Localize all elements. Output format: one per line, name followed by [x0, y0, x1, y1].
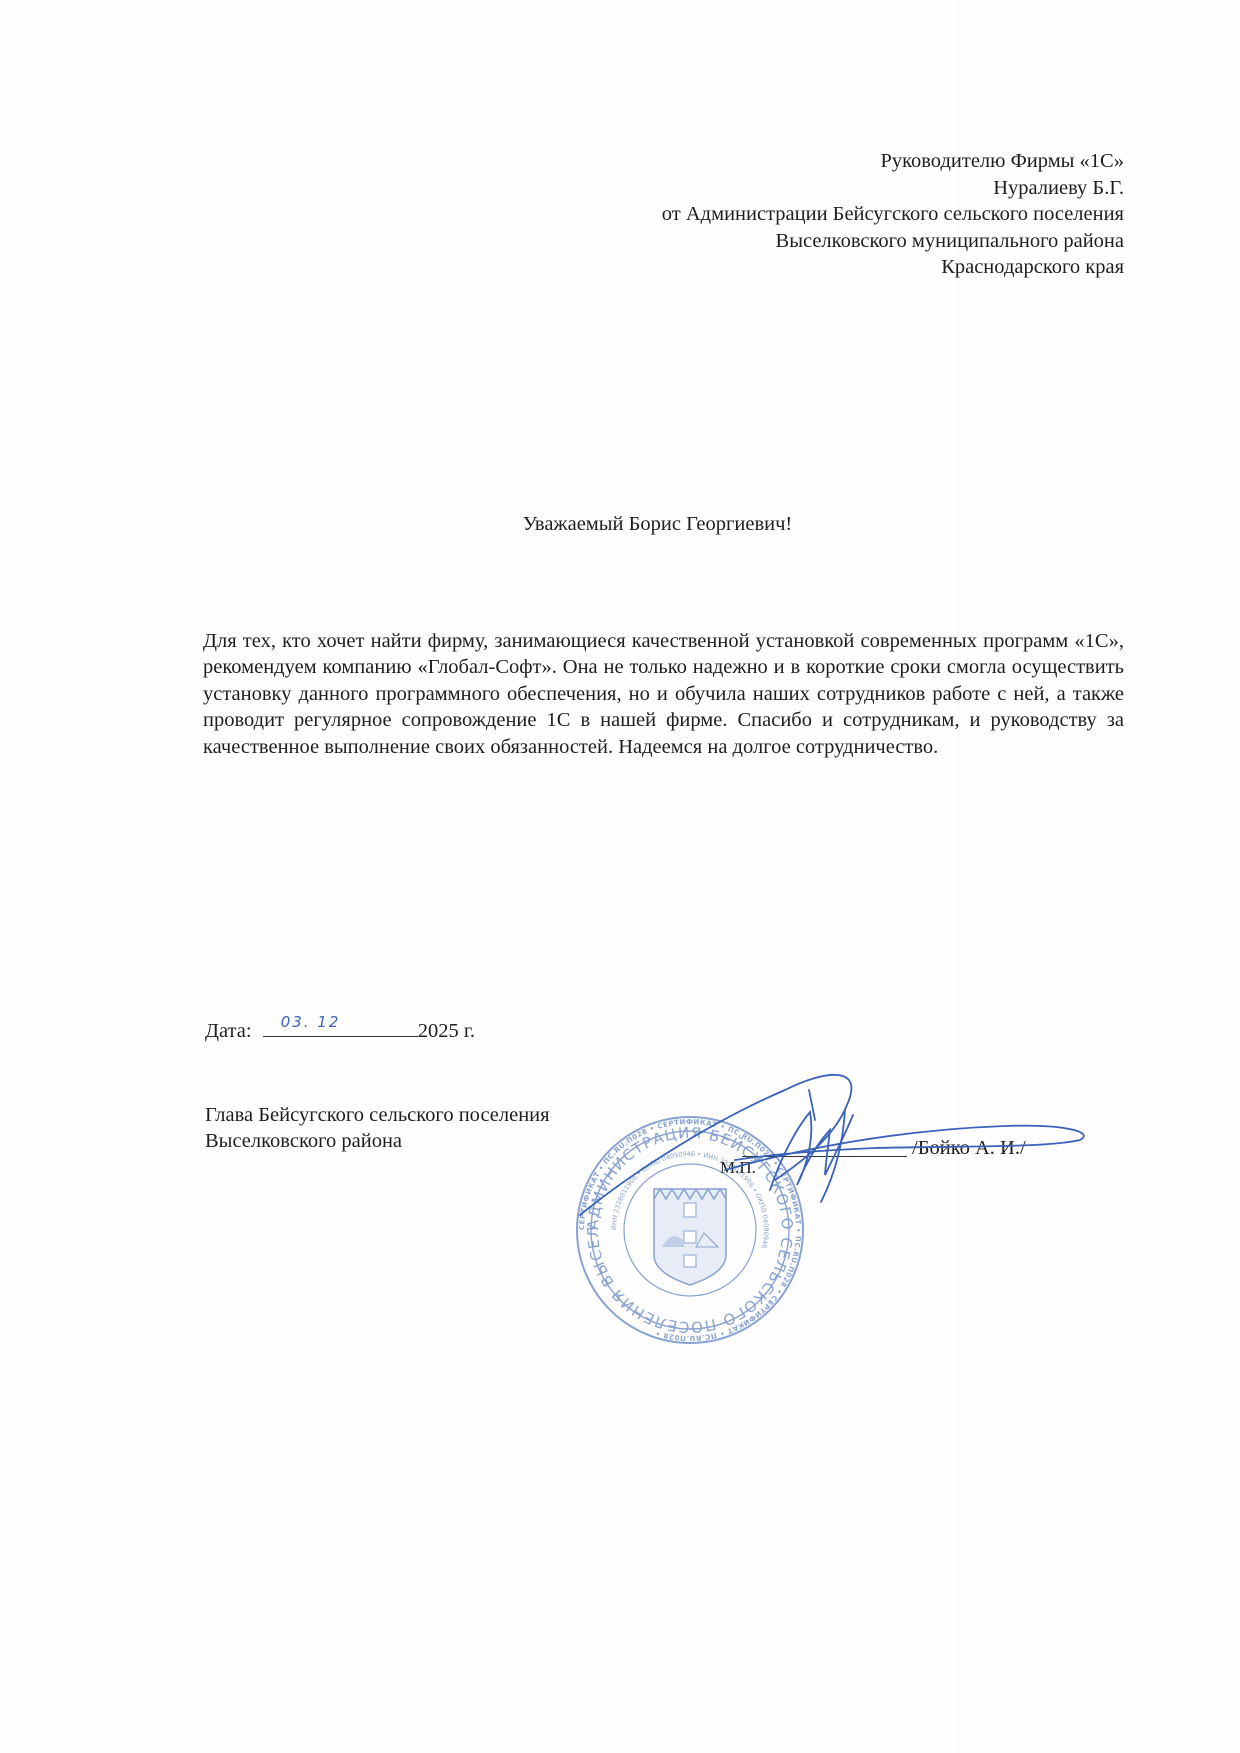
addressee-line: Руководителю Фирмы «1С» — [662, 148, 1124, 175]
signer-title-line: Глава Бейсугского сельского поселения — [205, 1102, 550, 1128]
addressee-line: Краснодарского края — [662, 254, 1124, 281]
signer-name: /Бойко А. И./ — [912, 1137, 1026, 1160]
signature-line — [742, 1156, 907, 1157]
addressee-line: Нуралиеву Б.Г. — [662, 175, 1124, 202]
addressee-line: Выселковского муниципального района — [662, 228, 1124, 255]
date-year: 2025 г. — [418, 1020, 475, 1043]
letter-body: Для тех, кто хочет найти фирму, занимающ… — [203, 628, 1124, 760]
date-field: 03. 12 — [263, 1016, 418, 1037]
date-label: Дата: — [205, 1020, 252, 1043]
signer-title-line: Выселковского района — [205, 1128, 550, 1154]
addressee-line: от Администрации Бейсугского сельского п… — [662, 201, 1124, 228]
addressee-block: Руководителю Фирмы «1С» Нуралиеву Б.Г. о… — [662, 148, 1124, 281]
seal-place-label: М.П. — [720, 1158, 756, 1178]
coat-of-arms-icon — [654, 1189, 726, 1285]
signer-title: Глава Бейсугского сельского поселения Вы… — [205, 1102, 550, 1154]
official-seal-stamp: СЕРТИФИКАТ • ПС.RU.П028 • СЕРТИФИКАТ • П… — [575, 1115, 805, 1345]
document-page: Руководителю Фирмы «1С» Нуралиеву Б.Г. о… — [0, 0, 1240, 1753]
handwritten-date: 03. 12 — [281, 1013, 341, 1031]
date-row: Дата: 03. 12 2025 г. — [205, 1016, 475, 1043]
salutation: Уважаемый Борис Георгиевич! — [0, 513, 1240, 536]
